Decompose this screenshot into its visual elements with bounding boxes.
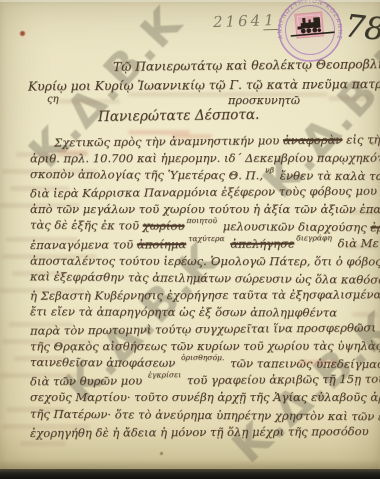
handwriting-line: ἀριθ. πρλ. 10.700 καὶ ἡμερομην. ιδ΄ Δεκε…	[30, 150, 380, 168]
struck-out-word: ἐρχθεῖσά τε	[370, 221, 380, 236]
interlinear-insertion: ἐγκρίσει	[148, 366, 181, 383]
paper-speck	[160, 452, 163, 455]
handwriting-text: τοῦ γραφείου ἀκριβῶς τῇ 15ῃ τοῦ προ-	[183, 372, 380, 388]
handwriting-text: καὶ ἐξεφράσθην τὰς ἀπειλημάτων σώρευσιν …	[30, 269, 380, 287]
handwriting-line: ἐπαναγόμενα τοῦ ἀποίηματαχύτερα ἀπελήγησ…	[30, 235, 380, 254]
interlinear-insertion: νβ	[265, 162, 274, 179]
struck-out-word: ἀναφορὰν	[283, 133, 343, 148]
handwriting-text: διὰ ἱερὰ Κάρρισκα Παναρμόνια ἐξέφερον το…	[30, 184, 377, 201]
struck-out-word: ἀποίημα	[137, 237, 186, 251]
handwriting-text: τὰς δὲ ἑξῆς ἐκ τοῦ	[30, 218, 143, 233]
handwriting-text: τῶν ταπεινῶς ὑπεδείγμασι	[226, 356, 380, 371]
handwriting-text: τῆς Πατέρων· ὅτε τὸ ἀνεύρημα ὑπηρέτην χρ…	[30, 406, 380, 423]
letter-body: Σχετικῶς πρὸς τὴν ἀναμνηστικήν μου ἀναφο…	[30, 133, 380, 441]
handwriting-text: σεχοῦς Μαρτίου· τοῦτο συνέβη ἀρχῇ τῆς Ἁγ…	[30, 390, 380, 404]
handwriting-text: ἐπαναγόμενα τοῦ	[30, 237, 137, 252]
handwriting-text: ἀριθ. πρλ. 10.700 καὶ ἡμερομην. ιδ΄ Δεκε…	[30, 151, 380, 166]
handwriting-text: ἔτι εἴεν τὰ ἀπαρηγόρητα ὡς ἐξ ὅσων ἀπολη…	[30, 304, 337, 319]
handwriting-text: Σχετικῶς πρὸς τὴν ἀναμνηστικήν μου	[54, 133, 283, 149]
handwriting-text: σκοπὸν ἀπολογίας τῆς Ὑμετέρας Θ. Π.,	[30, 167, 263, 182]
salutation: Πανιερώτατε Δέσποτα.	[98, 107, 260, 125]
handwriting-line: παρὰ τὸν πρωτομηνὶ τούτῳ συγχωρεῖται ἵνα…	[30, 319, 380, 339]
handwriting-line: Σχετικῶς πρὸς τὴν ἀναμνηστικήν μου ἀναφο…	[30, 131, 380, 151]
bleedthrough-line	[328, 96, 370, 101]
handwriting-text: ἀποσταλέντος τούτου ἱερέως. Ὁμολογῶ Πάτε…	[30, 253, 380, 268]
struck-out-word: χωρίου	[143, 219, 185, 233]
interlinear-insertion: ταχύτερα	[188, 229, 225, 246]
handwriting-text: εἰς τὴν ὑπ᾿	[342, 132, 380, 147]
handwriting-line: ἀποσταλέντος τούτου ἱερέως. Ὁμολογῶ Πάτε…	[30, 252, 380, 270]
archive-number-digits: 2164	[213, 11, 264, 31]
address-closing-word: προσκυνητῶ	[228, 94, 300, 107]
handwriting-line: διὰ τῶν θυρῶν μου ἐγκρίσει τοῦ γραφείου …	[30, 371, 380, 391]
handwriting-text: ἐχορηγήθη δὲ ἡ ἄδεια ἡ μόνον τῇ ὅλῃ μέχρ…	[30, 424, 369, 440]
handwriting-text: ἡ Σεβαστὴ Κυβέρνησις ἐχορήγησε ταῦτα τὰ …	[30, 287, 380, 302]
handwriting-line: διὰ ἱερὰ Κάρρισκα Παναρμόνια ἐξέφερον το…	[30, 183, 380, 203]
address-line-2: Κυρίῳ μοι Κυρίῳ Ἰωαννικίῳ τῷ Γ. τῷ κατὰ …	[28, 77, 380, 94]
interlinear-insertion: ὁρισθησόμ.	[181, 349, 225, 366]
pencil-archive-number: 21641	[213, 11, 278, 31]
interlinear-insertion: διεγράφη	[296, 229, 332, 246]
scan-top-edge	[0, 0, 380, 2]
scan-bottom-edge	[0, 469, 380, 479]
bleedthrough-line	[58, 99, 120, 104]
handwriting-line: ἡ Σεβαστὴ Κυβέρνησις ἐχορήγησε ταῦτα τὰ …	[30, 286, 380, 304]
red-ink-speck	[20, 31, 25, 36]
handwriting-line: τῆς Πατέρων· ὅτε τὸ ἀνεύρημα ὑπηρέτην χρ…	[30, 405, 380, 425]
handwriting-text: παρὰ τὸν πρωτομηνὶ τούτῳ συγχωρεῖται ἵνα…	[30, 320, 380, 338]
circular-stamp: ΑΝΑΓΝΩΣΤΗΡΙΟΝ ΚΟΖΑΝΗΣ	[276, 0, 344, 65]
handwriting-text: διὰ τῶν θυρῶν μου	[30, 374, 146, 389]
scanned-letter-page: Κ.Δ.Β.Κ Κ.Δ.Β.Κ Κ.Δ.Β.Κ Κ.Δ.Β.Κ 21641 78…	[0, 0, 380, 479]
address-line-1: Τῷ Πανιερωτάτῳ καὶ θεολέκτῳ Θεοπροβλήτῳ …	[113, 56, 380, 74]
handwriting-line: σεχοῦς Μαρτίου· τοῦτο συνέβη ἀρχῇ τῆς Ἁγ…	[30, 389, 380, 406]
interlinear-insertion: ποιητοῦ	[187, 212, 218, 229]
folio-number: 78	[343, 8, 380, 48]
handwriting-text: μελουσικῶν διαρχούσης	[219, 220, 370, 235]
margin-annotation: ςη	[47, 94, 59, 105]
handwriting-line: ἐχορηγήθη δὲ ἡ ἄδεια ἡ μόνον τῇ ὅλῃ μέχρ…	[30, 423, 380, 442]
handwriting-line: καὶ ἐξεφράσθην τὰς ἀπειλημάτων σώρευσιν …	[30, 268, 380, 288]
handwriting-text: διὰ Μεγ. Ἀναγνώστου, ἐν τῷ	[334, 235, 380, 250]
handwriting-text: ἔνθεν τὰ καλὰ ταύτην	[276, 169, 380, 184]
struck-out-word: ἀπελήγησε	[230, 236, 294, 250]
